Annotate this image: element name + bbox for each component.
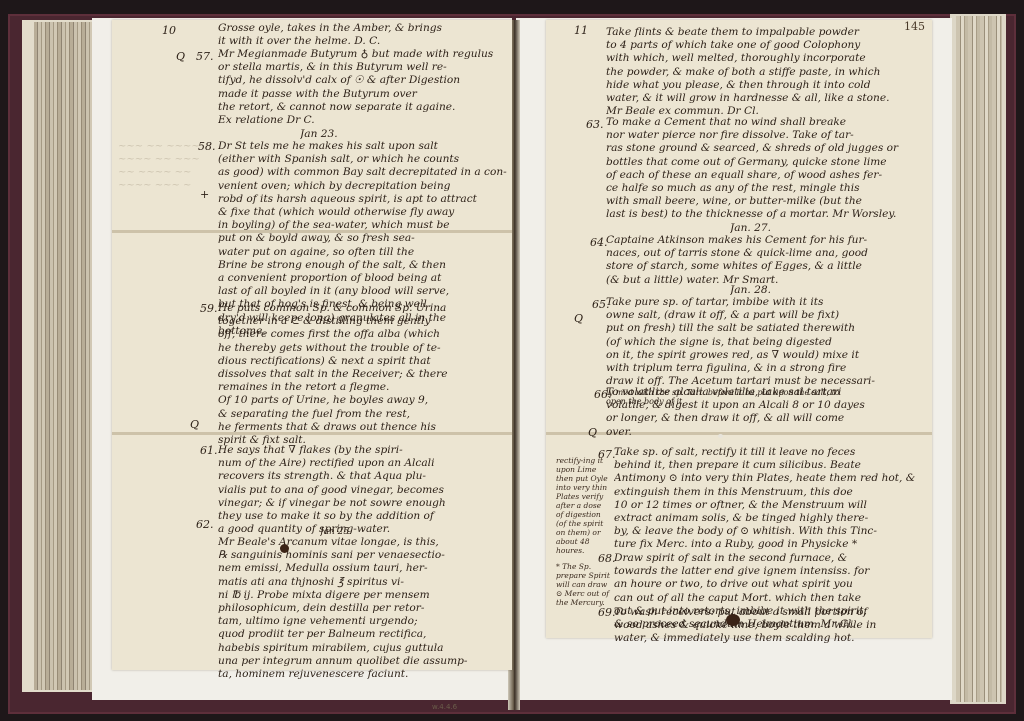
entry-63: To make a Cement that no wind shall brea… <box>606 116 930 222</box>
entry-number: 63. <box>586 118 604 131</box>
pin-hole <box>314 452 318 456</box>
entry-number: 59. <box>200 302 218 315</box>
entry-57: Mr Megianmade Butyrum ♁ but made with re… <box>218 48 508 127</box>
catchword-number: 11 <box>574 24 588 37</box>
entry-number: 58. <box>198 140 216 153</box>
entry-number: 64. <box>590 236 608 249</box>
entry-number: 62. <box>196 518 214 531</box>
margin-mark: Q <box>190 418 199 431</box>
ink-stain <box>280 544 289 553</box>
pin-hole <box>718 434 723 438</box>
entry-66: To volatilize alcalia volatilia, take sa… <box>606 386 930 439</box>
right-page-edges <box>956 16 1002 702</box>
margin-mark: Q <box>176 50 185 63</box>
entry-flints: Take flints & beate them to impalpable p… <box>606 26 930 118</box>
entry-61: He says that ∇ flakes (by the spiri- num… <box>218 444 508 536</box>
entry-64: Captaine Atkinson makes his Cement for h… <box>606 234 930 287</box>
margin-note: * The Sp. prepare Spirit will can draw ⊙… <box>556 562 610 607</box>
entry-number: 61. <box>200 444 218 457</box>
entry-62: Mr Beale's Arcanum vitae longae, is this… <box>218 536 508 681</box>
entry-67: Take sp. of salt, rectify it till it lea… <box>614 446 930 552</box>
entry-69: To wash receivers: put about a small por… <box>614 606 930 646</box>
margin-note: rectify-ing it upon Lime then put Oyle i… <box>556 456 610 555</box>
entry-number: 69. <box>598 606 616 619</box>
catchword-number: 10 <box>162 24 176 37</box>
left-page-edges <box>34 22 92 690</box>
margin-mark: Q <box>588 426 597 439</box>
entry-59: He puts common Sp. & common Sp. Urina to… <box>218 302 508 447</box>
margin-mark: Q <box>574 312 583 325</box>
shelf-mark: w.4.4.6 <box>432 703 457 711</box>
ink-stain <box>726 614 740 626</box>
entry-number: 57. <box>196 50 214 63</box>
margin-mark: + <box>200 188 209 201</box>
left-top-lines: Grosse oyle, takes in the Amber, & bring… <box>218 22 508 48</box>
